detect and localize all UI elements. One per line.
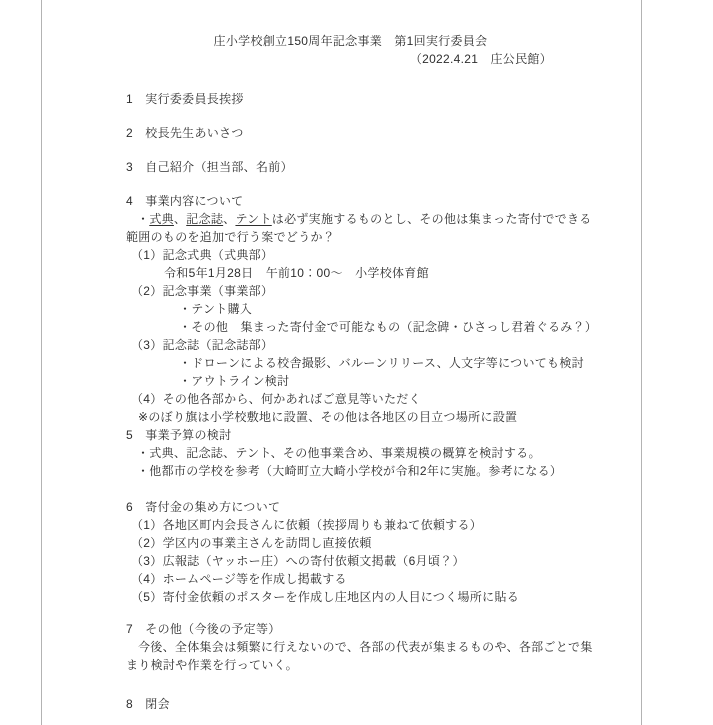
s4-intro-bullet: ・ [137, 212, 149, 226]
s4-item-4: （4）その他各部から、何かあればご意見等いただく [42, 390, 641, 408]
s4-intro-sep2: 、 [223, 212, 235, 226]
agenda-item-8: 8 閉会 [42, 695, 641, 713]
s4-underline-commemorative-book: 記念誌 [186, 212, 223, 226]
s4-item-2-bullet-2: ・その他 集まった寄付金で可能なもの（記念碑・ひさっし君着ぐるみ？） [42, 318, 641, 336]
s4-intro-continuation: 範囲のものを追加で行う案でどうか？ [42, 228, 641, 246]
s5-bullet-1: ・式典、記念誌、テント、その他事業含め、事業規模の概算を検討する。 [42, 444, 641, 462]
agenda-item-1: 1 実行委委員長挨拶 [42, 90, 641, 108]
s4-item-2: （2）記念事業（事業部） [42, 282, 641, 300]
s4-underline-ceremony: 式典 [149, 212, 174, 226]
agenda-item-6-header: 6 寄付金の集め方について [42, 498, 641, 516]
s4-item-3-bullet-1: ・ドローンによる校舎撮影、バルーンリリース、人文字等についても検討 [42, 354, 641, 372]
s7-paragraph-line-1: 今後、全体集会は頻繁に行えないので、各部の代表が集まるものや、各部ごとで集 [42, 638, 641, 656]
s6-item-3: （3）広報誌（ヤッホー庄）への寄付依頼文掲載（6月頃？） [42, 552, 641, 570]
agenda-item-7-header: 7 その他（今後の予定等） [42, 620, 641, 638]
s4-item-3-bullet-2: ・アウトライン検討 [42, 372, 641, 390]
s4-intro-line: ・式典、記念誌、テントは必ず実施するものとし、その他は集まった寄付でできる [42, 210, 641, 228]
s6-item-5: （5）寄付金依頼のポスターを作成し庄地区内の人目につく場所に貼る [42, 588, 641, 606]
s4-note: ※のぼり旗は小学校敷地に設置、その他は各地区の目立つ場所に設置 [42, 408, 641, 426]
s6-item-4: （4）ホームページ等を作成し掲載する [42, 570, 641, 588]
s6-item-2: （2）学区内の事業主さんを訪問し直接依頼 [42, 534, 641, 552]
s6-item-1: （1）各地区町内会長さんに依頼（挨拶周りも兼ねて依頼する） [42, 516, 641, 534]
agenda-item-4-header: 4 事業内容について [42, 192, 641, 210]
agenda-item-3: 3 自己紹介（担当部、名前） [42, 158, 641, 176]
s4-item-3: （3）記念誌（記念誌部） [42, 336, 641, 354]
s4-item-1: （1）記念式典（式典部） [42, 246, 641, 264]
s4-item-1-detail: 令和5年1月28日 午前10：00～ 小学校体育館 [42, 264, 641, 282]
s4-intro-sep1: 、 [174, 212, 186, 226]
agenda-item-2: 2 校長先生あいさつ [42, 124, 641, 142]
doc-date-location: （2022.4.21 庄公民館） [42, 50, 641, 68]
agenda-item-5-header: 5 事業予算の検討 [42, 426, 641, 444]
s7-paragraph-line-2: まり検討や作業を行っていく。 [42, 656, 641, 674]
document-viewport: 庄小学校創立150周年記念事業 第1回実行委員会 （2022.4.21 庄公民館… [0, 0, 713, 725]
doc-title: 庄小学校創立150周年記念事業 第1回実行委員会 [42, 32, 641, 50]
s4-underline-tent: テント [235, 212, 271, 226]
document-page: 庄小学校創立150周年記念事業 第1回実行委員会 （2022.4.21 庄公民館… [41, 0, 642, 725]
s5-bullet-2: ・他都市の学校を参考（大崎町立大崎小学校が令和2年に実施。参考になる） [42, 462, 641, 480]
s4-intro-rest: は必ず実施するものとし、その他は集まった寄付でできる [272, 212, 592, 226]
s4-item-2-bullet-1: ・テント購入 [42, 300, 641, 318]
